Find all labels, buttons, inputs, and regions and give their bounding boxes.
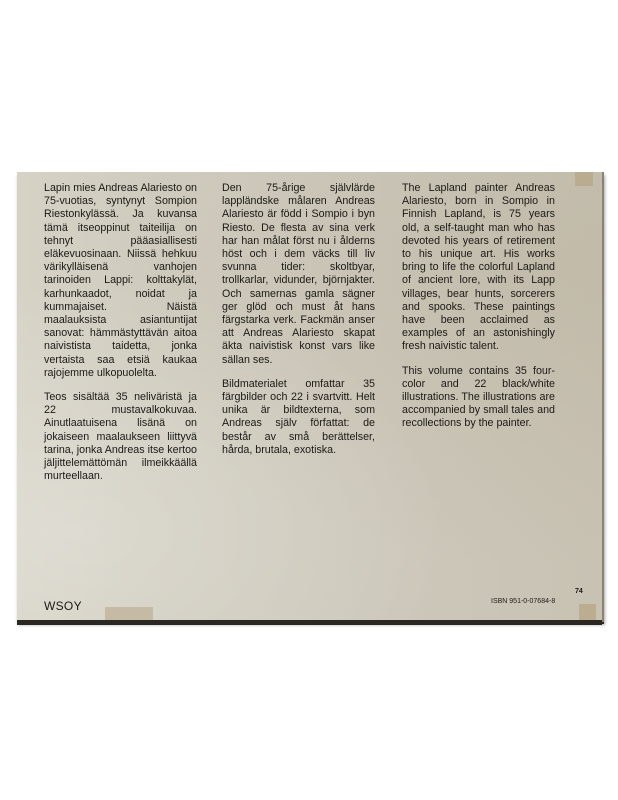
- blurb-finnish-p1: Lapin mies Andreas Alariesto on 75-vuoti…: [44, 182, 197, 380]
- blurb-english: The Lapland painter Andreas Alariesto, b…: [402, 182, 555, 442]
- publisher-logo: WSOY: [44, 599, 82, 613]
- isbn: ISBN 951-0-07684-8: [491, 598, 555, 605]
- blurb-swedish-p2: Bildmaterialet omfattar 35 färgbilder oc…: [222, 378, 375, 457]
- blurb-finnish: Lapin mies Andreas Alariesto on 75-vuoti…: [44, 182, 197, 494]
- blurb-swedish: Den 75-årige självlärde lappländske måla…: [222, 182, 375, 468]
- tape-corner-top-right: [575, 172, 593, 186]
- cover-spine-edge: [17, 620, 602, 625]
- blurb-english-p1: The Lapland painter Andreas Alariesto, b…: [402, 182, 555, 354]
- blurb-english-p2: This volume contains 35 four-color and 2…: [402, 365, 555, 431]
- blurb-finnish-p2: Teos sisältää 35 neliväristä ja 22 musta…: [44, 391, 197, 483]
- blurb-swedish-p1: Den 75-årige självlärde lappländske måla…: [222, 182, 375, 367]
- tape-corner-bottom-right: [579, 604, 596, 620]
- book-back-cover: Lapin mies Andreas Alariesto on 75-vuoti…: [17, 172, 604, 622]
- price-code: 74: [575, 588, 583, 595]
